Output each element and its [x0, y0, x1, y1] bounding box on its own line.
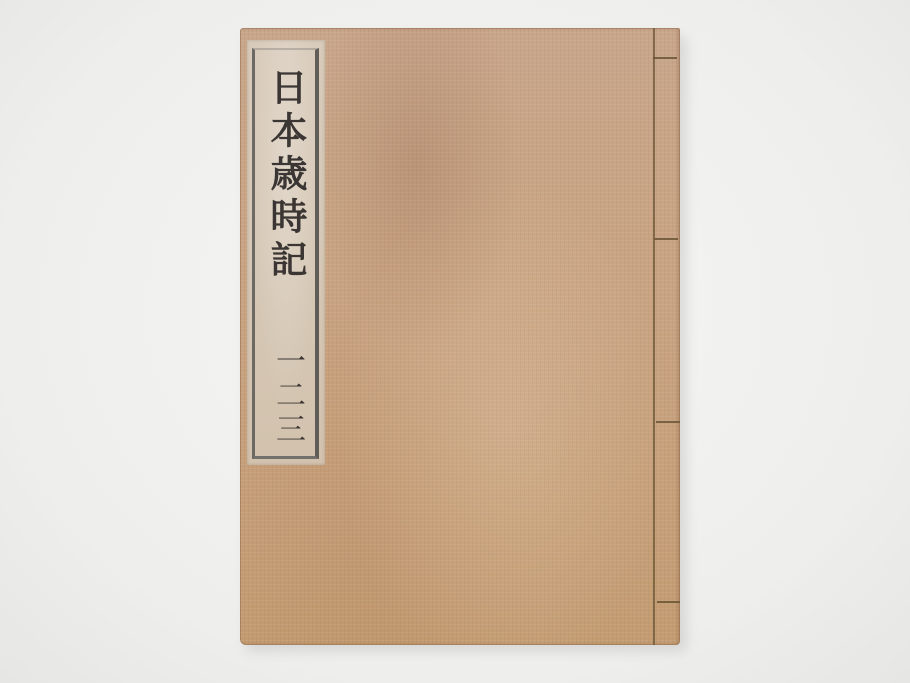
spine-fold-line: [653, 28, 655, 645]
book-title: 日本歳時記: [259, 68, 313, 283]
binding-stitch-2: [654, 238, 678, 240]
binding-stitch-4: [657, 601, 680, 603]
title-slip: 日本歳時記 一二三: [247, 40, 325, 465]
volume-number: 一二三: [267, 345, 307, 447]
book-cover: 日本歳時記 一二三: [240, 28, 680, 645]
binding-stitch-1: [653, 57, 677, 59]
binding-stitch-3: [656, 421, 680, 423]
